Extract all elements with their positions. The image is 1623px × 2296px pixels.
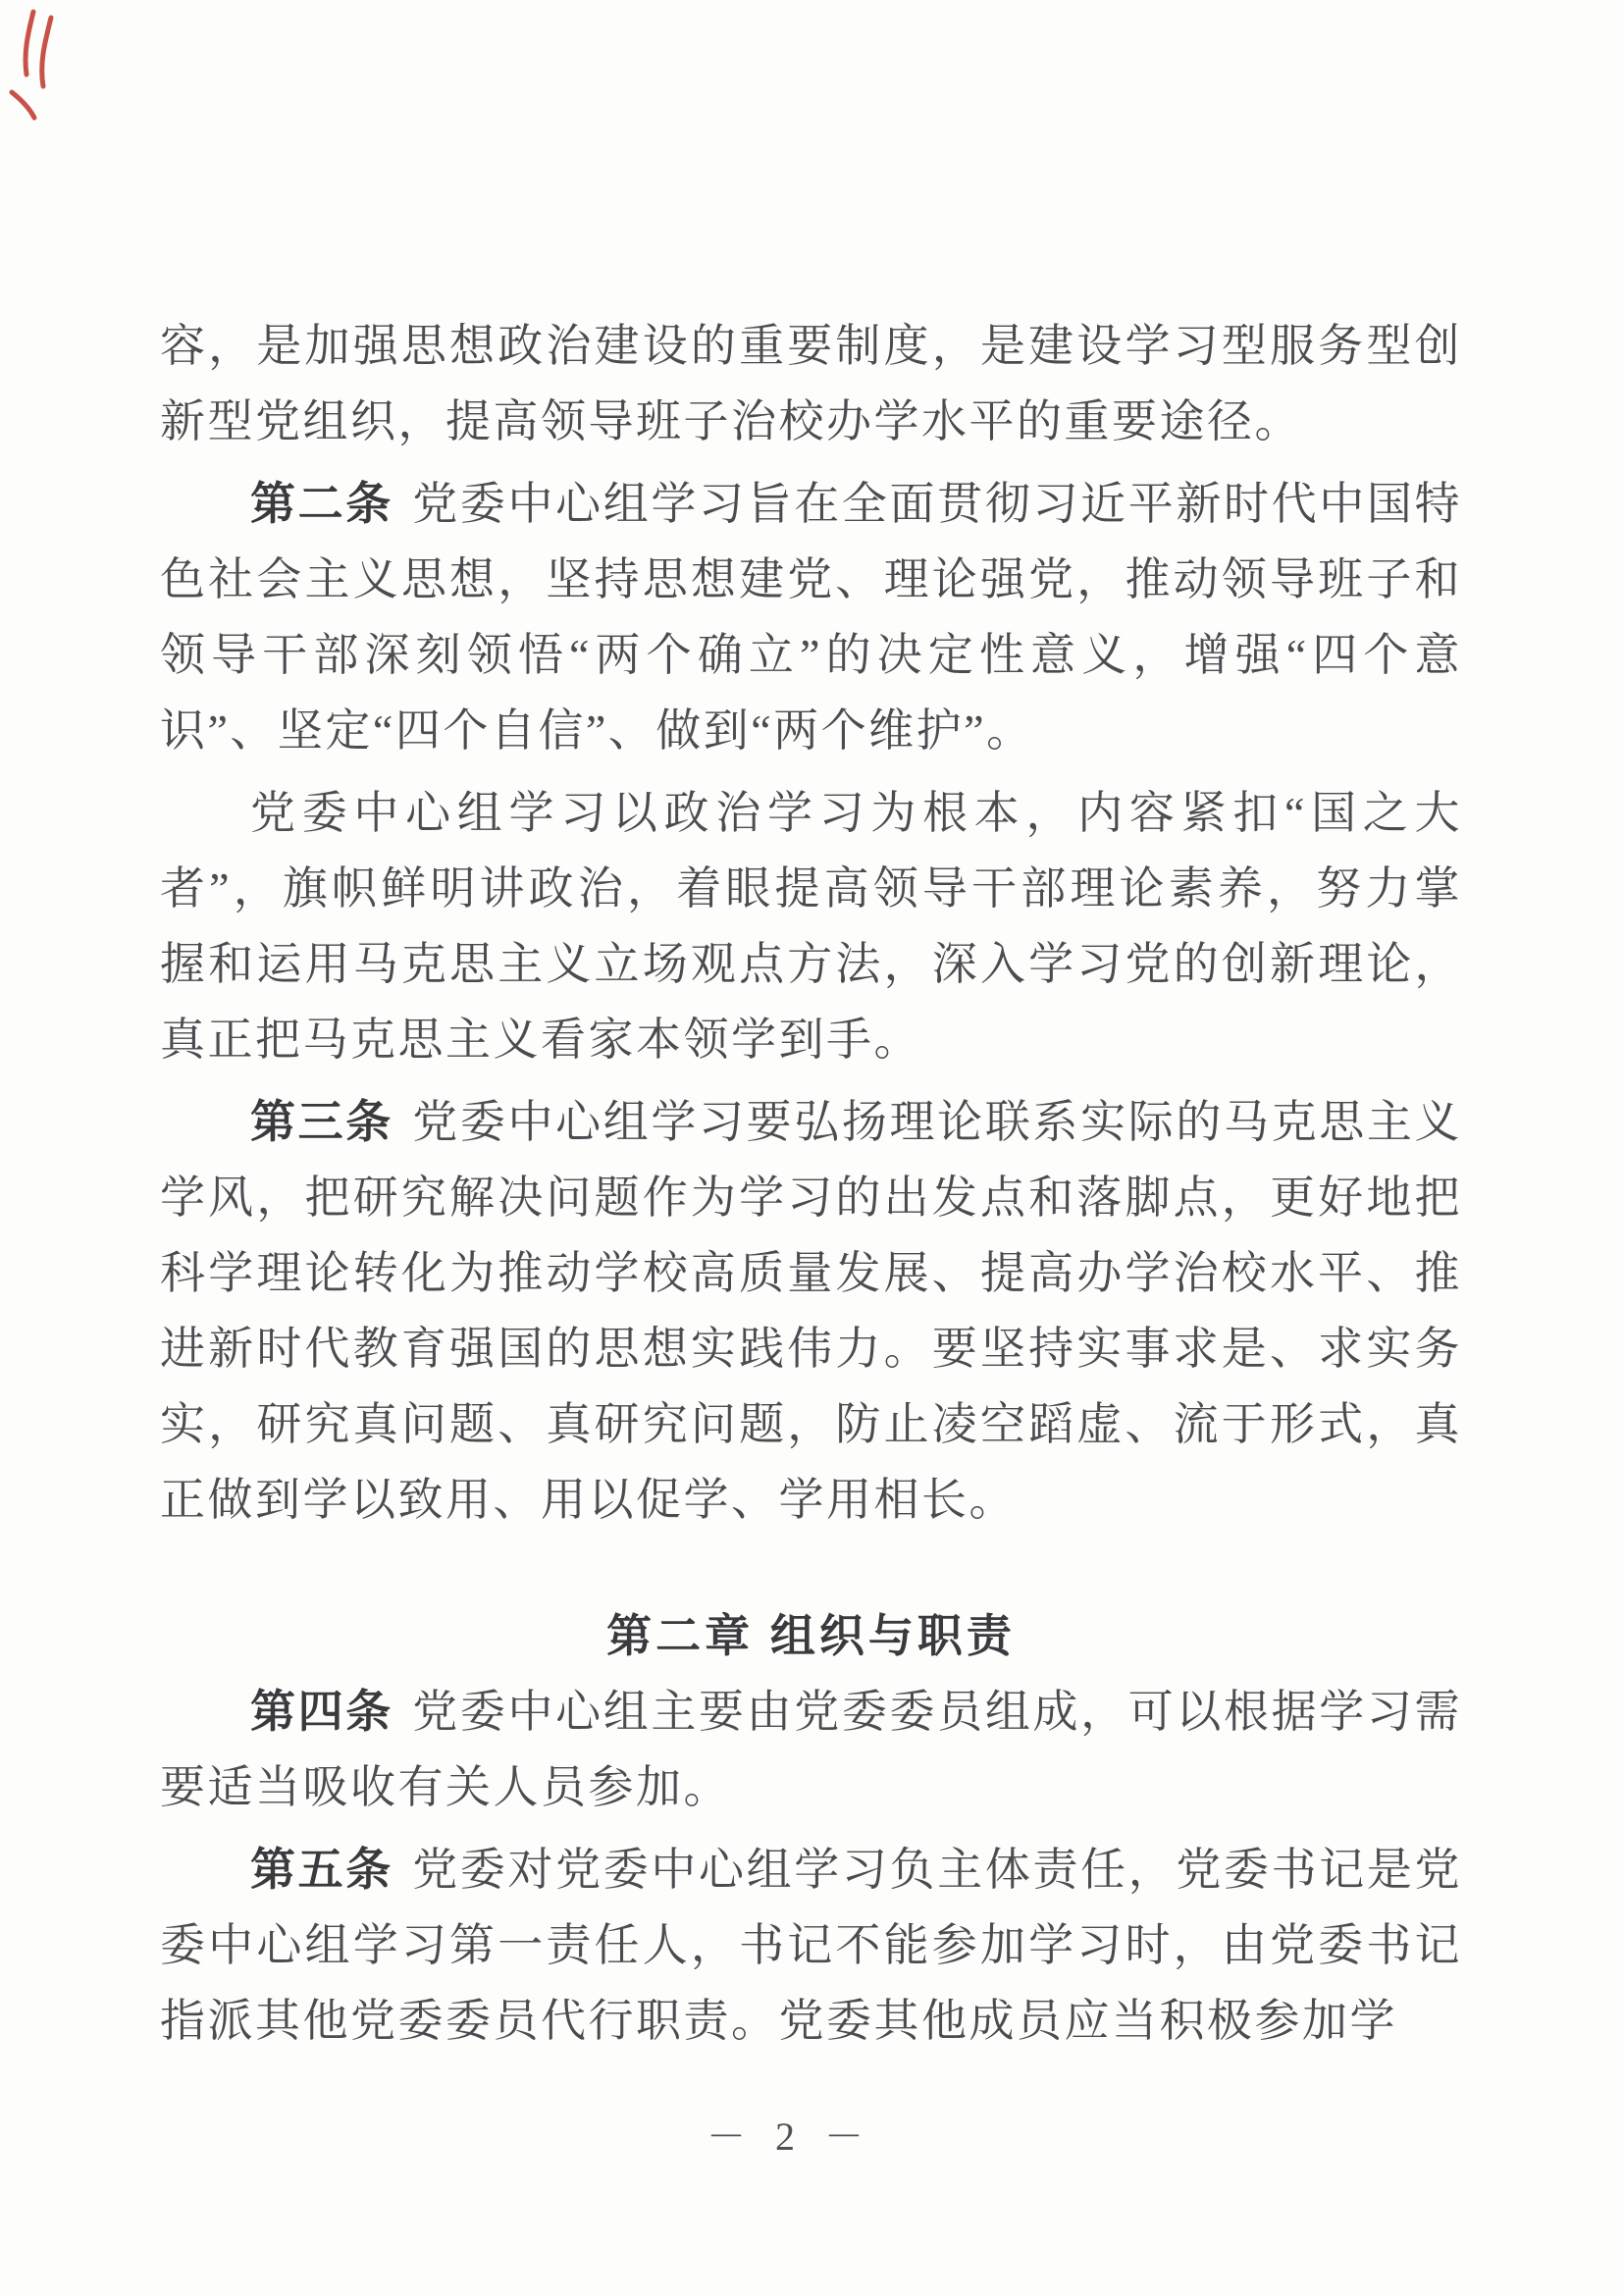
document-page: 容，是加强思想政治建设的重要制度，是建设学习型服务型创新型党组织，提高领导班子治… <box>0 0 1623 2296</box>
paragraph: 第五条党委对党委中心组学习负主体责任，党委书记是党委中心组学习第一责任人，书记不… <box>160 1832 1462 2059</box>
paragraph: 第三条党委中心组学习要弘扬理论联系实际的马克思主义学风，把研究解决问题作为学习的… <box>160 1084 1462 1538</box>
red-pen-mark <box>0 2 88 139</box>
paragraph: 容，是加强思想政治建设的重要制度，是建设学习型服务型创新型党组织，提高领导班子治… <box>160 308 1462 459</box>
page-content: 容，是加强思想政治建设的重要制度，是建设学习型服务型创新型党组织，提高领导班子治… <box>160 308 1462 2065</box>
article-number: 第五条 <box>250 1844 393 1895</box>
article-number: 第二条 <box>250 478 393 529</box>
paragraph: 第四条党委中心组主要由党委委员组成，可以根据学习需要适当吸收有关人员参加。 <box>160 1674 1462 1825</box>
page-number: － 2 － <box>0 2106 1580 2162</box>
chapter-heading: 第二章 组织与职责 <box>160 1598 1462 1674</box>
paragraph-text: 党委中心组学习要弘扬理论联系实际的马克思主义学风，把研究解决问题作为学习的出发点… <box>160 1097 1462 1525</box>
paragraph: 第二条党委中心组学习旨在全面贯彻习近平新时代中国特色社会主义思想，坚持思想建党、… <box>160 466 1462 768</box>
article-number: 第四条 <box>250 1686 393 1737</box>
paragraph-text: 党委中心组学习以政治学习为根本，内容紧扣“国之大者”，旗帜鲜明讲政治，着眼提高领… <box>160 788 1462 1065</box>
article-number: 第三条 <box>250 1096 393 1147</box>
paragraph-text: 容，是加强思想政治建设的重要制度，是建设学习型服务型创新型党组织，提高领导班子治… <box>160 321 1462 446</box>
paragraph: 党委中心组学习以政治学习为根本，内容紧扣“国之大者”，旗帜鲜明讲政治，着眼提高领… <box>160 775 1462 1077</box>
